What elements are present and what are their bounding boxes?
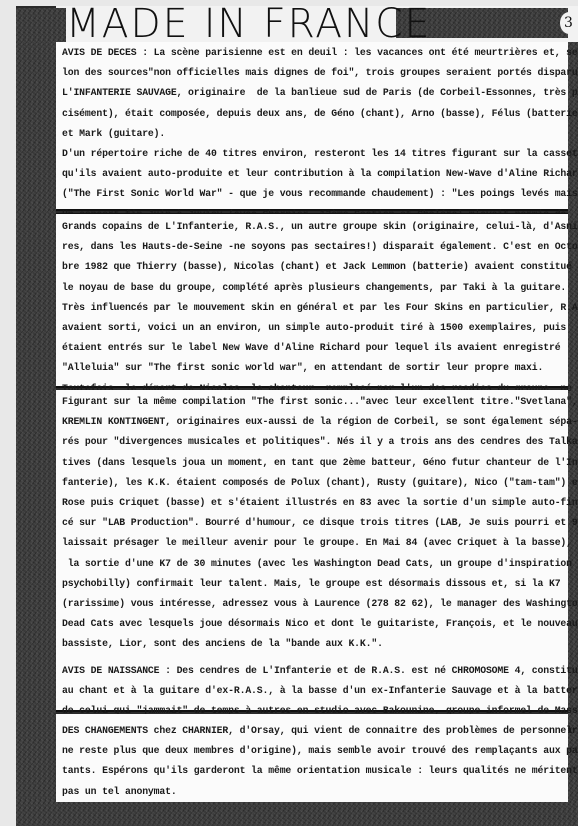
text-line: cisément), était composée, depuis deux a…: [62, 104, 562, 124]
article-ras: Grands copains de L'Infanterie, R.A.S., …: [56, 213, 568, 388]
text-line: tives (dans lesquels joua un moment, en …: [62, 453, 562, 473]
text-line: DES CHANGEMENTS chez CHARNIER, d'Orsay, …: [62, 721, 562, 741]
text-line: Très influencés par le mouvement skin en…: [62, 298, 562, 318]
text-line: Rose puis Criquet (basse) et s'étaient i…: [62, 493, 562, 513]
text-line: au chant et à la guitare d'ex-R.A.S., à …: [62, 681, 562, 701]
text-line: qu'ils avaient auto-produite et leur con…: [62, 164, 562, 184]
page-frame: MADE IN FRANCE 3 AVIS DE DECES : La scèn…: [0, 0, 578, 826]
text-line: L'INFANTERIE SAUVAGE, originaire de la b…: [62, 83, 562, 103]
text-line: res, dans les Hauts-de-Seine -ne soyons …: [62, 237, 562, 257]
text-line: AVIS DE NAISSANCE : Des cendres de L'Inf…: [62, 661, 562, 681]
article-text: DES CHANGEMENTS chez CHARNIER, d'Orsay, …: [62, 721, 562, 802]
text-line: avaient sorti, voici un an environ, un s…: [62, 318, 562, 338]
text-line: (rarissime) vous intéresse, adressez vou…: [62, 594, 562, 614]
text-line: cé sur "LAB Production". Bourré d'humour…: [62, 513, 562, 533]
text-line: fanterie), les K.K. étaient composés de …: [62, 473, 562, 493]
text-line: psychobilly) confirmait leur talent. Mai…: [62, 574, 562, 594]
text-line: et Mark (guitare).: [62, 124, 562, 144]
text-line: Figurant sur la même compilation "The fi…: [62, 392, 562, 412]
text-line: tants. Espérons qu'ils garderont la même…: [62, 761, 562, 781]
page-number: 3: [560, 12, 578, 34]
text-line: AVIS DE DECES : La scène parisienne est …: [62, 43, 562, 63]
text-line: pas un tel anonymat.: [62, 782, 562, 802]
text-line: KREMLIN KONTINGENT, originaires eux-auss…: [62, 412, 562, 432]
text-line: laissait présager le meilleur avenir pou…: [62, 533, 562, 553]
article-text: Figurant sur la même compilation "The fi…: [62, 392, 562, 655]
photocopy-border-bottom: [16, 800, 578, 826]
text-line: "Alleluia" sur "The first sonic world wa…: [62, 358, 562, 378]
text-line: Dead Cats avec lesquels joue désormais N…: [62, 614, 562, 634]
text-line: bassiste, Lior, sont des anciens de la "…: [62, 634, 562, 654]
text-line: rés pour "divergences musicales et polit…: [62, 432, 562, 452]
text-line: la sortie d'une K7 de 30 minutes (avec l…: [62, 554, 562, 574]
text-line: Grands copains de L'Infanterie, R.A.S., …: [62, 217, 562, 237]
text-line: ("The First Sonic World War" - que je vo…: [62, 184, 562, 204]
article-avis-de-deces: AVIS DE DECES : La scène parisienne est …: [56, 42, 568, 211]
title-decoration-left: [16, 8, 66, 44]
article-text: Grands copains de L'Infanterie, R.A.S., …: [62, 217, 562, 419]
text-line: étaient entrés sur le label New Wave d'A…: [62, 338, 562, 358]
text-line: lon des sources"non officielles mais dig…: [62, 63, 562, 83]
article-des-changements: DES CHANGEMENTS chez CHARNIER, d'Orsay, …: [56, 714, 568, 802]
text-line: ne reste plus que deux membres d'origine…: [62, 741, 562, 761]
page-margin-left: [0, 0, 16, 826]
text-line: le noyau de base du groupe, complété apr…: [62, 278, 562, 298]
text-line: D'un répertoire riche de 40 titres envir…: [62, 144, 562, 164]
page-title: MADE IN FRANCE: [66, 2, 431, 46]
photocopy-border-left: [16, 8, 56, 826]
text-line: bre 1982 que Thierry (basse), Nicolas (c…: [62, 257, 562, 277]
article-kremlin-kontingent: Figurant sur la même compilation "The fi…: [56, 390, 568, 712]
